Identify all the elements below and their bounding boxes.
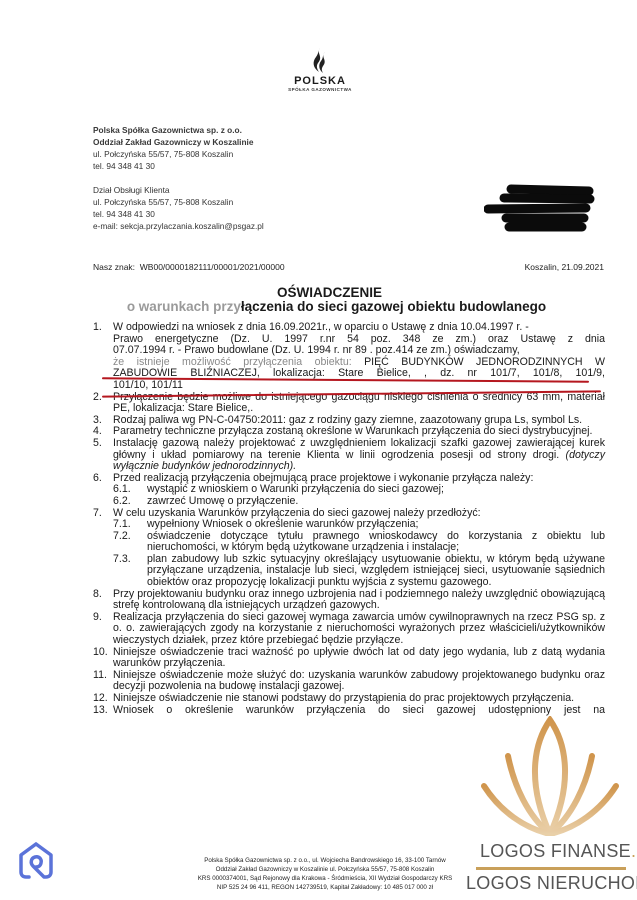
list-item: 9.Realizacja przyłączenia do sieci gazow… xyxy=(93,612,605,647)
title-sub-faint: o warunkach przy xyxy=(127,299,241,314)
department-email: e-mail: sekcja.przylaczania.koszalin@psg… xyxy=(93,220,264,232)
sub-item: 7.3.plan zabudowy lub szkic sytuacyjny o… xyxy=(93,554,605,589)
document-title: OŚWIADCZENIE o warunkach przyłączenia do… xyxy=(0,286,637,314)
flame-icon xyxy=(310,46,330,74)
watermark-line1: LOGOS FINANSE.PL & xyxy=(480,841,637,862)
logo-subtitle: SPÓŁKA GAZOWNICTWA xyxy=(270,87,370,92)
watermark-divider xyxy=(476,867,626,870)
sender-block: Polska Spółka Gazownictwa sp. z o.o. Odd… xyxy=(93,124,264,232)
reference-line: Nasz znak: WB00/0000182111/00001/2021/00… xyxy=(93,262,604,272)
list-item: 5.Instalację gazową należy projektować z… xyxy=(93,438,605,473)
lotus-icon xyxy=(480,716,620,836)
reference-number: WB00/0000182111/00001/2021/00000 xyxy=(140,262,285,272)
reference-label: Nasz znak: xyxy=(93,262,135,272)
department-phone: tel. 94 348 41 30 xyxy=(93,208,264,220)
sender-address: ul. Połczyńska 55/57, 75-808 Koszalin xyxy=(93,148,264,160)
house-pin-icon[interactable] xyxy=(16,840,56,880)
redacted-recipient xyxy=(484,183,604,235)
sender-company: Polska Spółka Gazownictwa sp. z o.o. xyxy=(93,124,264,136)
watermark-line2: LOGOS NIERUCHOMOŚCI xyxy=(466,873,637,894)
sender-branch: Oddział Zakład Gazowniczy w Koszalinie xyxy=(93,136,264,148)
list-item: 10.Niniejsze oświadczenie traci ważność … xyxy=(93,647,605,670)
title-sub: łączenia do sieci gazowej obiektu budowl… xyxy=(241,299,546,314)
list-item: 8.Przy projektowaniu budynku oraz innego… xyxy=(93,589,605,612)
sender-phone: tel. 94 348 41 30 xyxy=(93,160,264,172)
psg-logo: POLSKA SPÓŁKA GAZOWNICTWA xyxy=(270,46,370,92)
document-footer: Polska Spółka Gazownictwa sp. z o.o., ul… xyxy=(160,856,490,892)
document-page: POLSKA SPÓŁKA GAZOWNICTWA Polska Spółka … xyxy=(0,0,637,900)
sender-department: Dział Obsługi Klienta xyxy=(93,184,264,196)
list-item: 11.Niniejsze oświadczenie może służyć do… xyxy=(93,670,605,693)
list-item: 13.Wniosek o określenie warunków przyłąc… xyxy=(93,705,605,717)
logo-name: POLSKA xyxy=(270,75,370,87)
place-date: Koszalin, 21.09.2021 xyxy=(525,262,604,272)
sub-item: 7.2.oświadczenie dotyczące tytułu prawne… xyxy=(93,531,605,554)
title-main: OŚWIADCZENIE xyxy=(22,286,637,300)
department-address: ul. Połczyńska 55/57, 75-808 Koszalin xyxy=(93,196,264,208)
